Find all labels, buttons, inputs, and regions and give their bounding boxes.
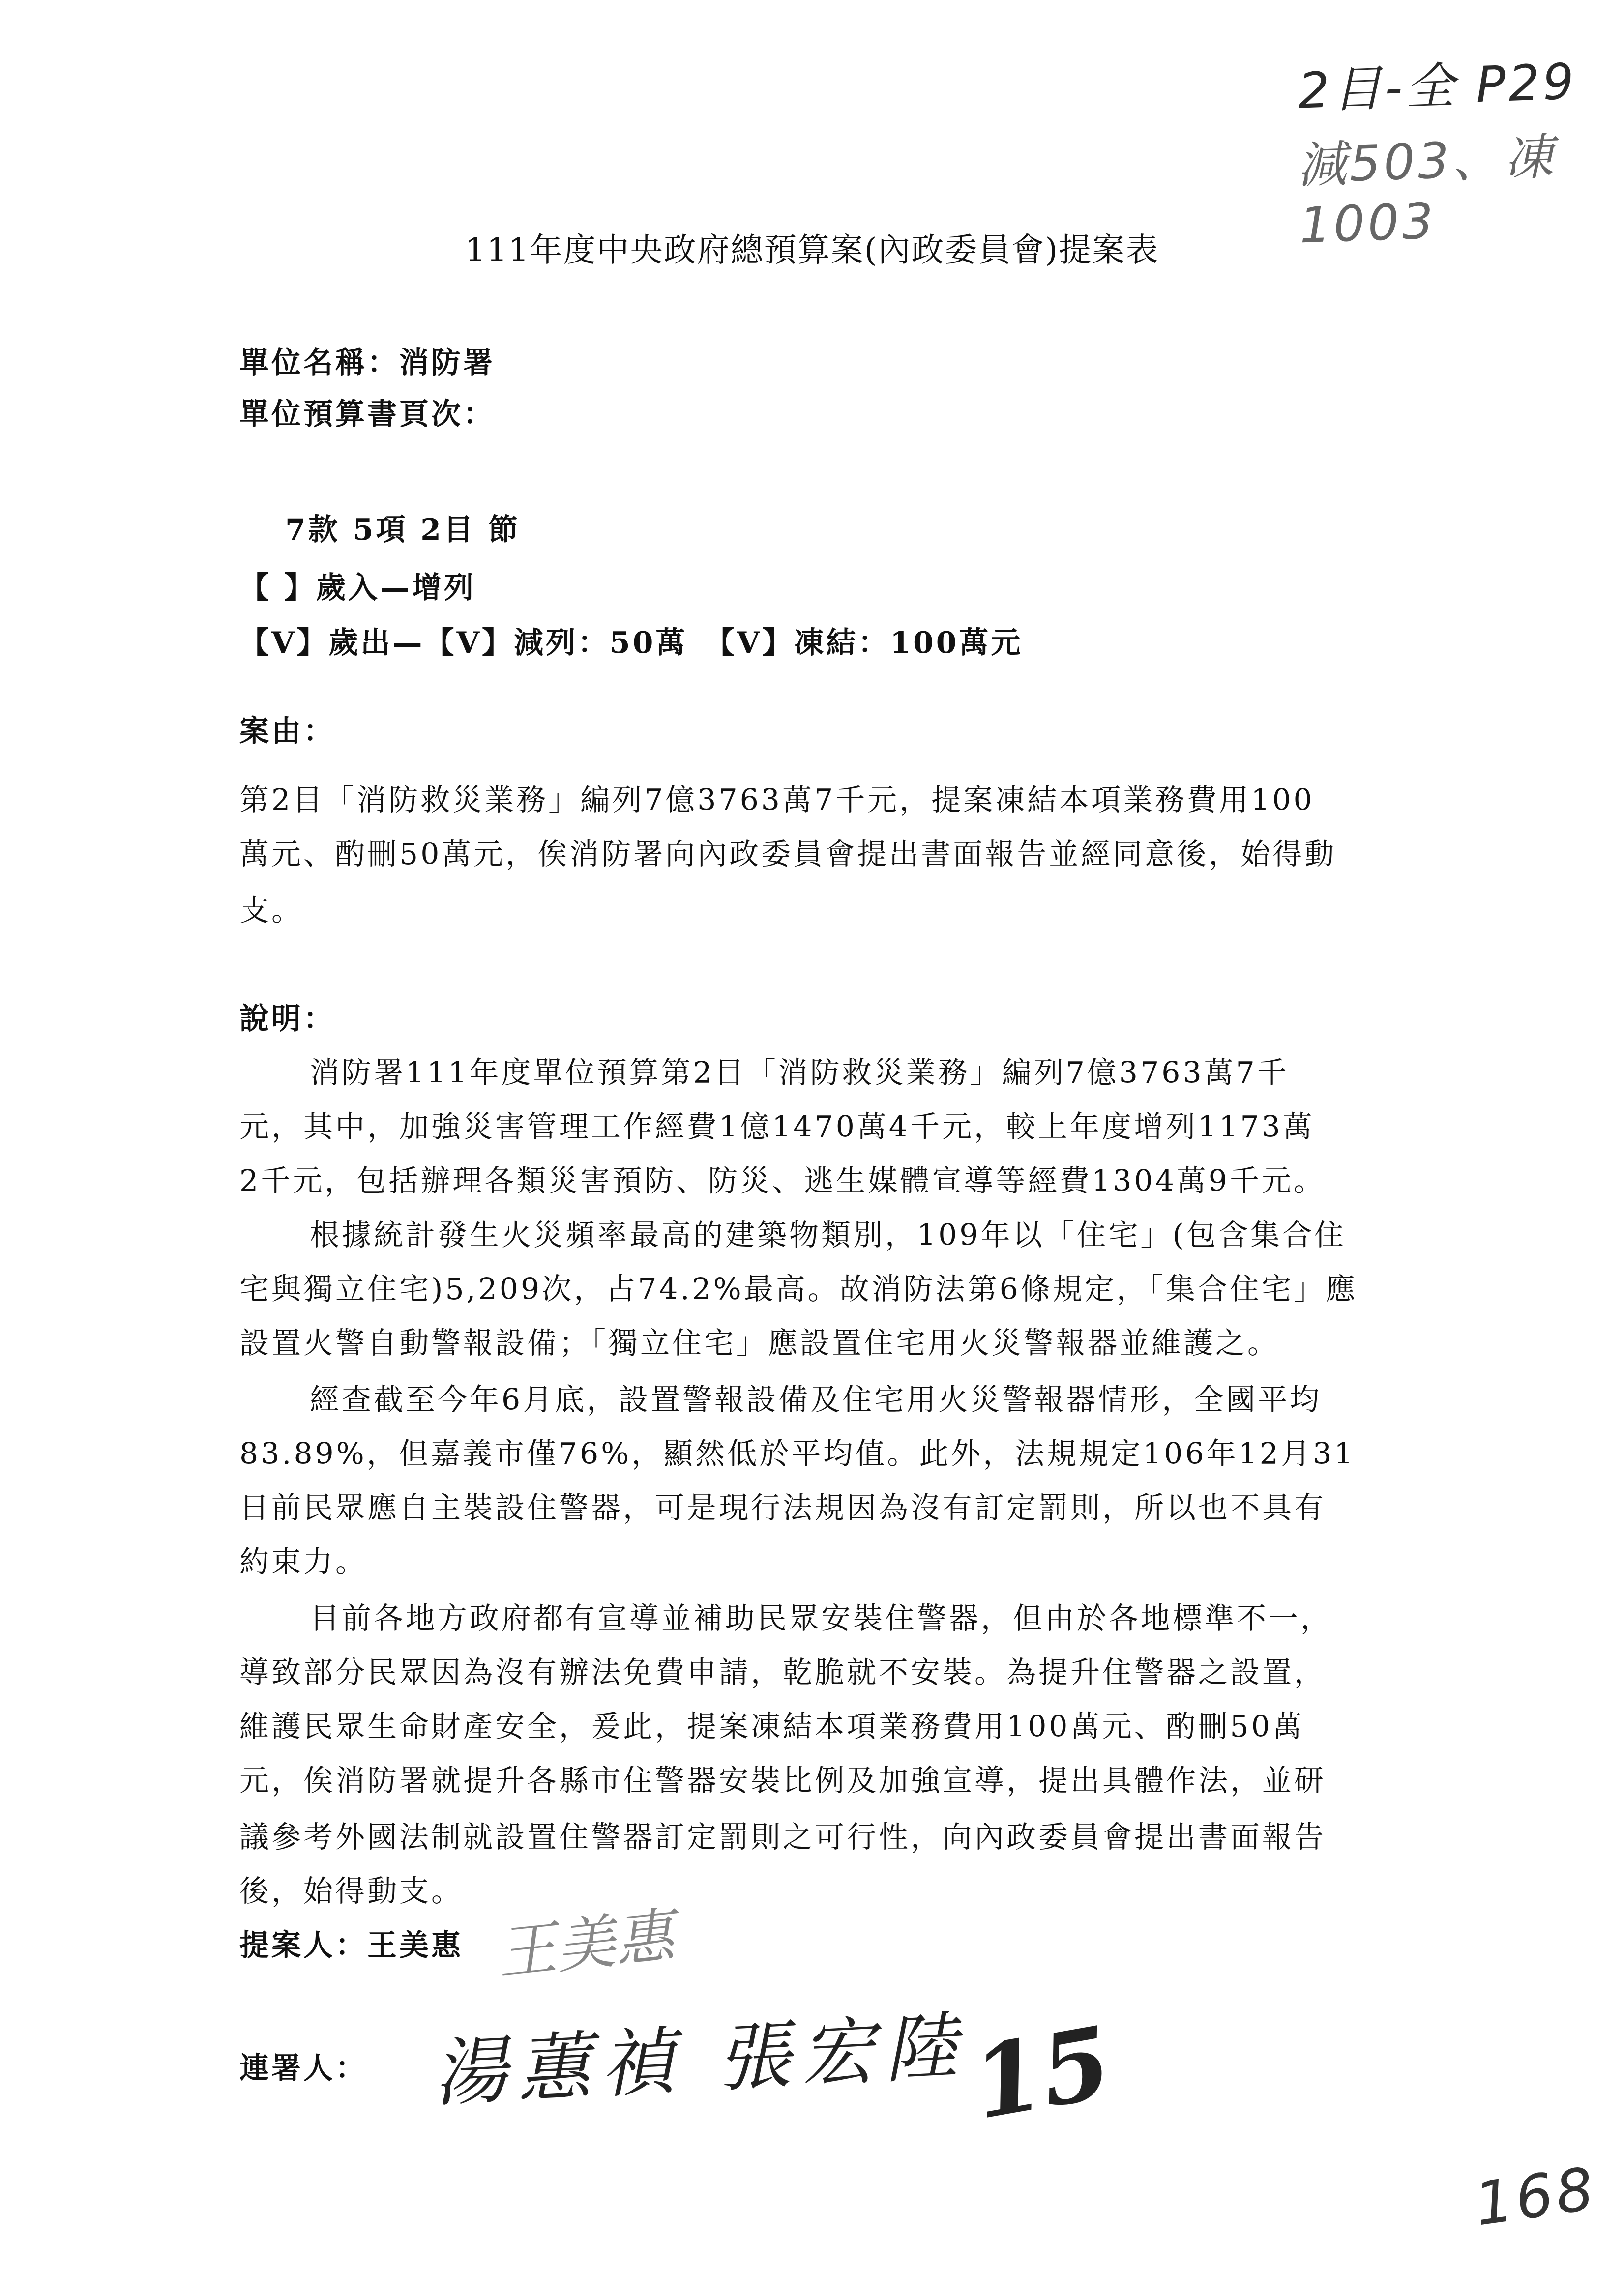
page-title: 111年度中央政府總預算案(內政委員會)提案表 (0, 224, 1624, 270)
handwritten-page-number: 168 (1471, 2154, 1601, 2239)
explanation-line: 消防署111年度單位預算第2目「消防救災業務」編列7億3763萬7千 (310, 1049, 1289, 1092)
unit-budget-page: 單位預算書頁次： (239, 391, 495, 433)
explanation-line: 後，始得動支。 (239, 1868, 463, 1910)
explanation-line: 宅與獨立住宅)5,209次，占74.2%最高。故消防法第6條規定，「集合住宅」應 (239, 1266, 1358, 1308)
explanation-line: 目前各地方政府都有宣導並補助民眾安裝住警器，但由於各地標準不一， (310, 1595, 1332, 1637)
reason-heading: 案由： (239, 708, 335, 750)
explanation-line: 導致部分民眾因為沒有辦法免費申請，乾脆就不安裝。為提升住警器之設置， (239, 1649, 1326, 1691)
explanation-line: 經查截至今年6月底，設置警報設備及住宅用火災警報器情形，全國平均 (310, 1376, 1322, 1419)
explanation-line: 維護民眾生命財產安全，爰此，提案凍結本項業務費用100萬元、酌刪50萬 (239, 1703, 1304, 1745)
explanation-line: 根據統計發生火災頻率最高的建築物類別，109年以「住宅」(包含集合住 (310, 1212, 1346, 1254)
explanation-line: 設置火警自動警報設備；「獨立住宅」應設置住宅用火災警報器並維護之。 (239, 1320, 1279, 1362)
explanation-line: 議參考外國法制就設置住警器訂定罰則之可行性，向內政委員會提出書面報告 (239, 1814, 1326, 1856)
cosigners-label: 連署人： (239, 2045, 367, 2087)
proposer-signature: 王美惠 (493, 1889, 678, 1991)
proposal-form-page: 2目-全 P29 減503、凍1003 111年度中央政府總預算案(內政委員會)… (0, 0, 1624, 2296)
explanation-line: 83.89%，但嘉義市僅76%，顯然低於平均值。此外，法規規定106年12月31 (239, 1430, 1355, 1473)
expenditure-option: 【V】歲出—【V】減列：50萬 【V】凍結：100萬元 (239, 619, 1023, 662)
explanation-line: 元，俟消防署就提升各縣市住警器安裝比例及加強宣導，提出具體作法，並研 (239, 1757, 1326, 1800)
cosigner-signatures: 湯蕙禎 張宏陸 (430, 1987, 970, 2121)
cosigner-count: 15 (965, 2005, 1120, 2142)
reason-line: 第2目「消防救災業務」編列7億3763萬7千元，提案凍結本項業務費用100 (239, 777, 1315, 819)
explanation-line: 2千元，包括辦理各類災害預防、防災、逃生媒體宣導等經費1304萬9千元。 (239, 1158, 1326, 1200)
unit-name: 單位名稱：消防署 (239, 339, 495, 381)
explanation-line: 日前民眾應自主裝設住警器，可是現行法規因為沒有訂定罰則，所以也不具有 (239, 1484, 1326, 1527)
reason-line: 萬元、酌刪50萬元，俟消防署向內政委員會提出書面報告並經同意後，始得動 (239, 831, 1336, 873)
proposer-label: 提案人：王美惠 (239, 1922, 463, 1964)
budget-section: 7款 5項 2目 節 (285, 506, 520, 549)
explanation-line: 約束力。 (239, 1539, 367, 1581)
reason-line: 支。 (239, 887, 303, 930)
handwritten-annotation-top: 2目-全 P29 (1297, 42, 1578, 122)
revenue-option: 【 】歲入—增列 (239, 564, 476, 607)
explanation-line: 元，其中，加強災害管理工作經費1億1470萬4千元，較上年度增列1173萬 (239, 1104, 1315, 1146)
explanation-heading: 說明： (239, 995, 335, 1038)
